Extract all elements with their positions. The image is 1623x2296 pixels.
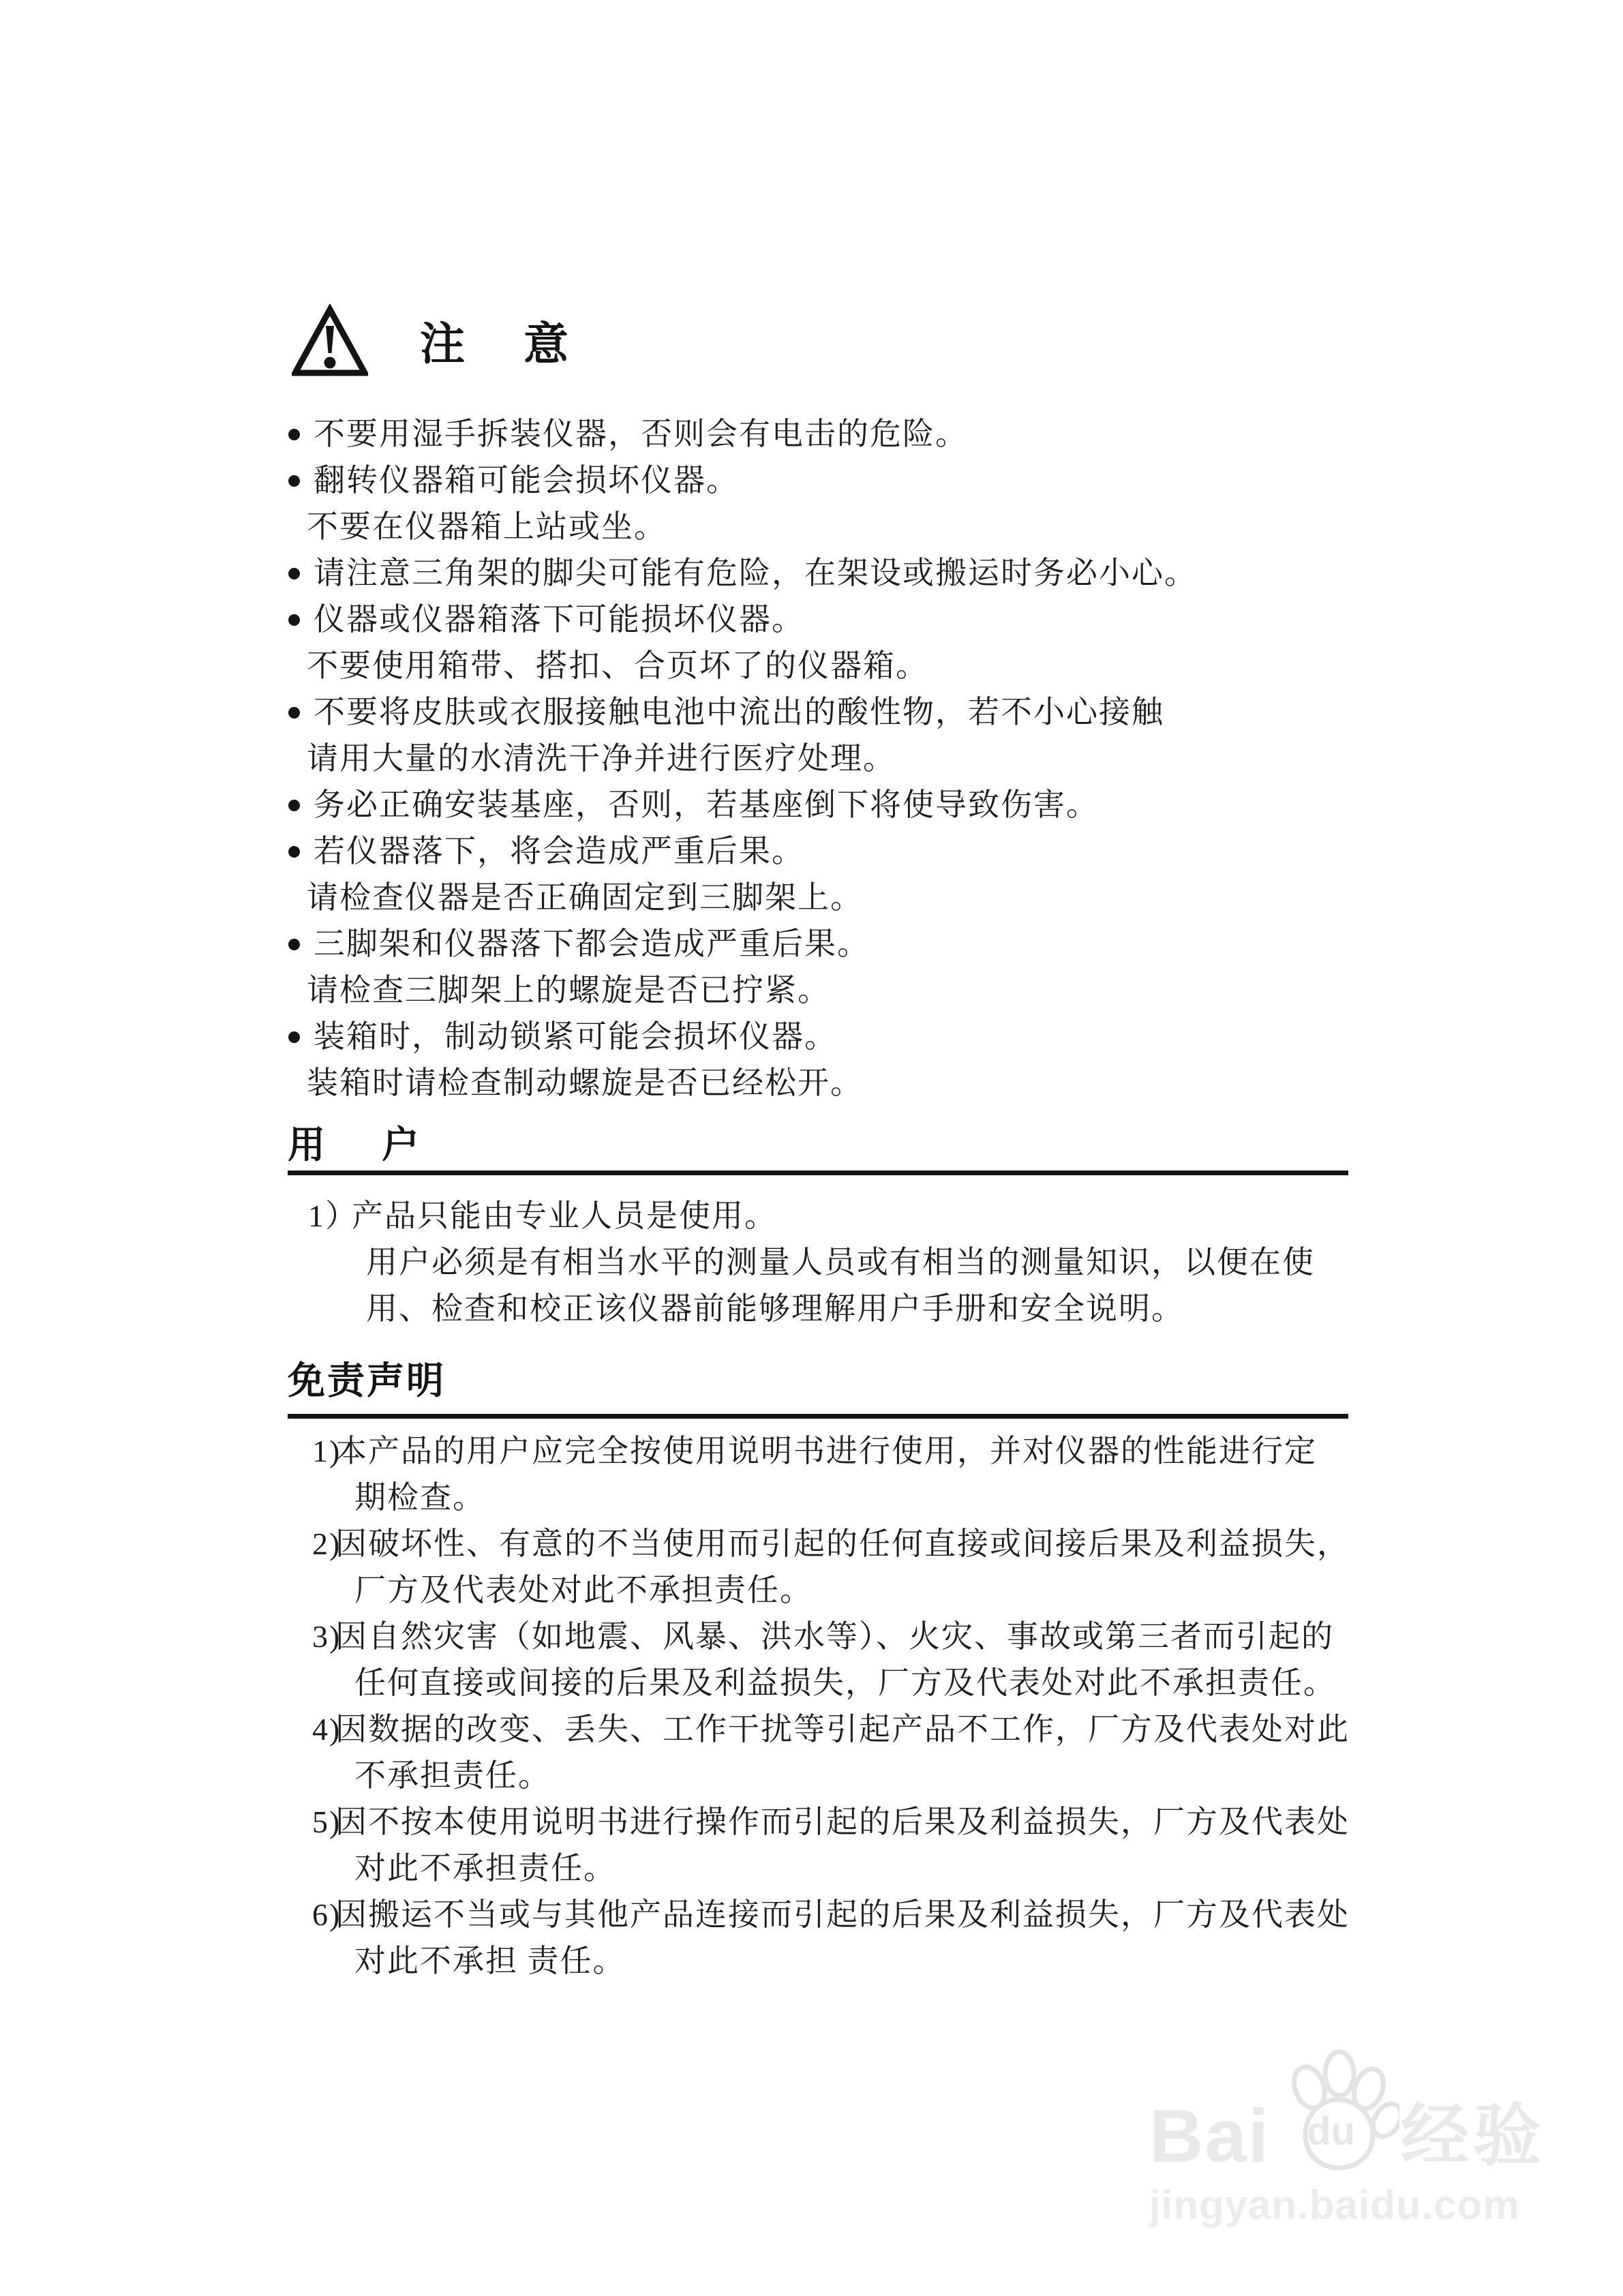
baidu-logo-text-bai: Bai <box>1149 2102 1270 2171</box>
notice-line: 请注意三角架的脚尖可能有危险，在架设或搬运时务必小心。 <box>314 550 1197 596</box>
disclaimer-line: 因数据的改变、丢失、工作干扰等引起产品不工作，厂方及代表处对此 <box>335 1706 1350 1753</box>
notice-item-continuation: 请检查仪器是否正确固定到三脚架上。 <box>288 875 1351 921</box>
watermark-url: jingyan.baidu.com <box>1149 2181 1558 2229</box>
notice-line: 请检查三脚架上的螺旋是否已拧紧。 <box>307 967 830 1014</box>
baidu-jingyan-watermark: Bai du 经验 jingyan.baidu.com <box>1149 2049 1558 2229</box>
notice-line: 翻转仪器箱可能会损坏仪器。 <box>314 457 739 504</box>
notice-item: 仪器或仪器箱落下可能损坏仪器。 <box>288 596 1351 643</box>
bullet-dot-icon <box>288 568 300 579</box>
disclaimer-list: 1)本产品的用户应完全按使用说明书进行使用，并对仪器的性能进行定 期检查。 2)… <box>288 1428 1348 1984</box>
disclaimer-line: 因破坏性、有意的不当使用而引起的任何直接或间接后果及利益损失， <box>335 1521 1350 1567</box>
bullet-dot-icon <box>288 614 300 626</box>
notice-line: 务必正确安装基座，否则，若基座倒下将使导致伤害。 <box>314 782 1099 828</box>
notice-line: 不要用湿手拆装仪器，否则会有电击的危险。 <box>314 411 968 457</box>
disclaimer-item: 4)因数据的改变、丢失、工作干扰等引起产品不工作，厂方及代表处对此 <box>288 1706 1348 1753</box>
disclaimer-item: 2)因破坏性、有意的不当使用而引起的任何直接或间接后果及利益损失， <box>288 1521 1348 1567</box>
user-item-continuation: 用、检查和校正该仪器前能够理解用户手册和安全说明。 <box>288 1286 1348 1332</box>
notice-line: 仪器或仪器箱落下可能损坏仪器。 <box>314 596 804 643</box>
baidu-logo-text-jingyan: 经验 <box>1401 2101 1545 2171</box>
notice-item-continuation: 不要在仪器箱上站或坐。 <box>288 504 1351 550</box>
notice-item: 翻转仪器箱可能会损坏仪器。 <box>288 457 1351 504</box>
item-number: 5) <box>312 1799 335 1845</box>
notice-item: 不要用湿手拆装仪器，否则会有电击的危险。 <box>288 411 1351 457</box>
disclaimer-line: 任何直接或间接的后果及利益损失，厂方及代表处对此不承担责任。 <box>354 1660 1336 1706</box>
disclaimer-line: 对此不承担 责任。 <box>354 1938 626 1984</box>
disclaimer-line: 对此不承担责任。 <box>354 1845 616 1892</box>
bullet-dot-icon <box>288 846 300 858</box>
notice-line: 请用大量的水清洗干净并进行医疗处理。 <box>307 736 896 782</box>
manual-page: 注 意 不要用湿手拆装仪器，否则会有电击的危险。 翻转仪器箱可能会损坏仪器。 不… <box>0 0 1623 2296</box>
item-number: 2) <box>312 1521 335 1567</box>
user-section: 用 户 1）产品只能由专业人员是使用。 用户必须是有相当水平的测量人员或有相当的… <box>288 1125 1348 1332</box>
disclaimer-item: 3)因自然灾害（如地震、风暴、洪水等）、火灾、事故或第三者而引起的 <box>288 1614 1348 1660</box>
baidu-logo: Bai du 经验 <box>1149 2049 1558 2171</box>
item-number: 4) <box>312 1706 335 1753</box>
notice-item: 装箱时，制动锁紧可能会损坏仪器。 <box>288 1014 1351 1060</box>
item-number: 6) <box>312 1892 335 1938</box>
notice-item: 三脚架和仪器落下都会造成严重后果。 <box>288 921 1351 967</box>
disclaimer-line: 因自然灾害（如地震、风暴、洪水等）、火灾、事故或第三者而引起的 <box>335 1614 1334 1660</box>
notice-line: 装箱时请检查制动螺旋是否已经松开。 <box>307 1060 863 1106</box>
bullet-dot-icon <box>288 800 300 811</box>
user-line: 用、检查和校正该仪器前能够理解用户手册和安全说明。 <box>366 1286 1184 1332</box>
notice-item: 务必正确安装基座，否则，若基座倒下将使导致伤害。 <box>288 782 1351 828</box>
disclaimer-line: 本产品的用户应完全按使用说明书进行使用，并对仪器的性能进行定 <box>335 1428 1317 1475</box>
notice-item: 若仪器落下，将会造成严重后果。 <box>288 828 1351 875</box>
disclaimer-item-continuation: 不承担责任。 <box>288 1753 1348 1799</box>
disclaimer-line: 因搬运不当或与其他产品连接而引起的后果及利益损失，厂方及代表处 <box>335 1892 1350 1938</box>
user-heading: 用 户 <box>288 1125 1348 1164</box>
notice-line: 不要使用箱带、搭扣、合页坏了的仪器箱。 <box>307 643 928 689</box>
bullet-dot-icon <box>288 939 300 950</box>
bullet-dot-icon <box>288 429 300 440</box>
item-number: 1) <box>312 1428 335 1475</box>
disclaimer-line: 期检查。 <box>354 1475 485 1521</box>
notice-item: 不要将皮肤或衣服接触电池中流出的酸性物，若不小心接触 <box>288 689 1351 736</box>
notice-title: 注 意 <box>420 307 575 372</box>
disclaimer-heading: 免责声明 <box>288 1361 1348 1400</box>
disclaimer-item-continuation: 期检查。 <box>288 1475 1348 1521</box>
disclaimer-item-continuation: 任何直接或间接的后果及利益损失，厂方及代表处对此不承担责任。 <box>288 1660 1348 1706</box>
notice-item-continuation: 不要使用箱带、搭扣、合页坏了的仪器箱。 <box>288 643 1351 689</box>
notice-line: 不要在仪器箱上站或坐。 <box>307 504 667 550</box>
bullet-dot-icon <box>288 1031 300 1043</box>
notice-item: 请注意三角架的脚尖可能有危险，在架设或搬运时务必小心。 <box>288 550 1351 596</box>
disclaimer-line: 厂方及代表处对此不承担责任。 <box>354 1567 813 1614</box>
warning-triangle-icon <box>292 304 368 379</box>
user-item: 1）产品只能由专业人员是使用。 <box>288 1193 1348 1239</box>
notice-list: 不要用湿手拆装仪器，否则会有电击的危险。 翻转仪器箱可能会损坏仪器。 不要在仪器… <box>288 411 1351 1106</box>
baidu-logo-text-du: du <box>1307 2112 1355 2151</box>
disclaimer-line: 因不按本使用说明书进行操作而引起的后果及利益损失，厂方及代表处 <box>335 1799 1350 1845</box>
notice-line: 装箱时，制动锁紧可能会损坏仪器。 <box>314 1014 837 1060</box>
bullet-dot-icon <box>288 475 300 487</box>
disclaimer-item: 5)因不按本使用说明书进行操作而引起的后果及利益损失，厂方及代表处 <box>288 1799 1348 1845</box>
notice-line: 请检查仪器是否正确固定到三脚架上。 <box>307 875 863 921</box>
item-number: 1） <box>308 1193 352 1239</box>
user-list: 1）产品只能由专业人员是使用。 用户必须是有相当水平的测量人员或有相当的测量知识… <box>288 1193 1348 1332</box>
user-line: 产品只能由专业人员是使用。 <box>352 1193 777 1239</box>
disclaimer-item-continuation: 对此不承担 责任。 <box>288 1938 1348 1984</box>
disclaimer-section: 免责声明 1)本产品的用户应完全按使用说明书进行使用，并对仪器的性能进行定 期检… <box>288 1361 1348 1984</box>
bullet-dot-icon <box>288 707 300 719</box>
section-rule <box>288 1170 1348 1175</box>
notice-line: 三脚架和仪器落下都会造成严重后果。 <box>314 921 870 967</box>
notice-header: 注 意 <box>292 304 575 379</box>
disclaimer-item-continuation: 厂方及代表处对此不承担责任。 <box>288 1567 1348 1614</box>
disclaimer-item: 1)本产品的用户应完全按使用说明书进行使用，并对仪器的性能进行定 <box>288 1428 1348 1475</box>
notice-item-continuation: 请用大量的水清洗干净并进行医疗处理。 <box>288 736 1351 782</box>
disclaimer-item: 6)因搬运不当或与其他产品连接而引起的后果及利益损失，厂方及代表处 <box>288 1892 1348 1938</box>
user-item-continuation: 用户必须是有相当水平的测量人员或有相当的测量知识，以便在使 <box>288 1239 1348 1286</box>
notice-line: 不要将皮肤或衣服接触电池中流出的酸性物，若不小心接触 <box>314 689 1164 736</box>
notice-item-continuation: 装箱时请检查制动螺旋是否已经松开。 <box>288 1060 1351 1106</box>
user-line: 用户必须是有相当水平的测量人员或有相当的测量知识，以便在使 <box>366 1239 1315 1286</box>
baidu-paw-icon: du <box>1271 2049 1399 2171</box>
section-rule <box>288 1414 1348 1419</box>
disclaimer-line: 不承担责任。 <box>354 1753 551 1799</box>
notice-line: 若仪器落下，将会造成严重后果。 <box>314 828 804 875</box>
item-number: 3) <box>312 1614 335 1660</box>
disclaimer-item-continuation: 对此不承担责任。 <box>288 1845 1348 1892</box>
notice-item-continuation: 请检查三脚架上的螺旋是否已拧紧。 <box>288 967 1351 1014</box>
